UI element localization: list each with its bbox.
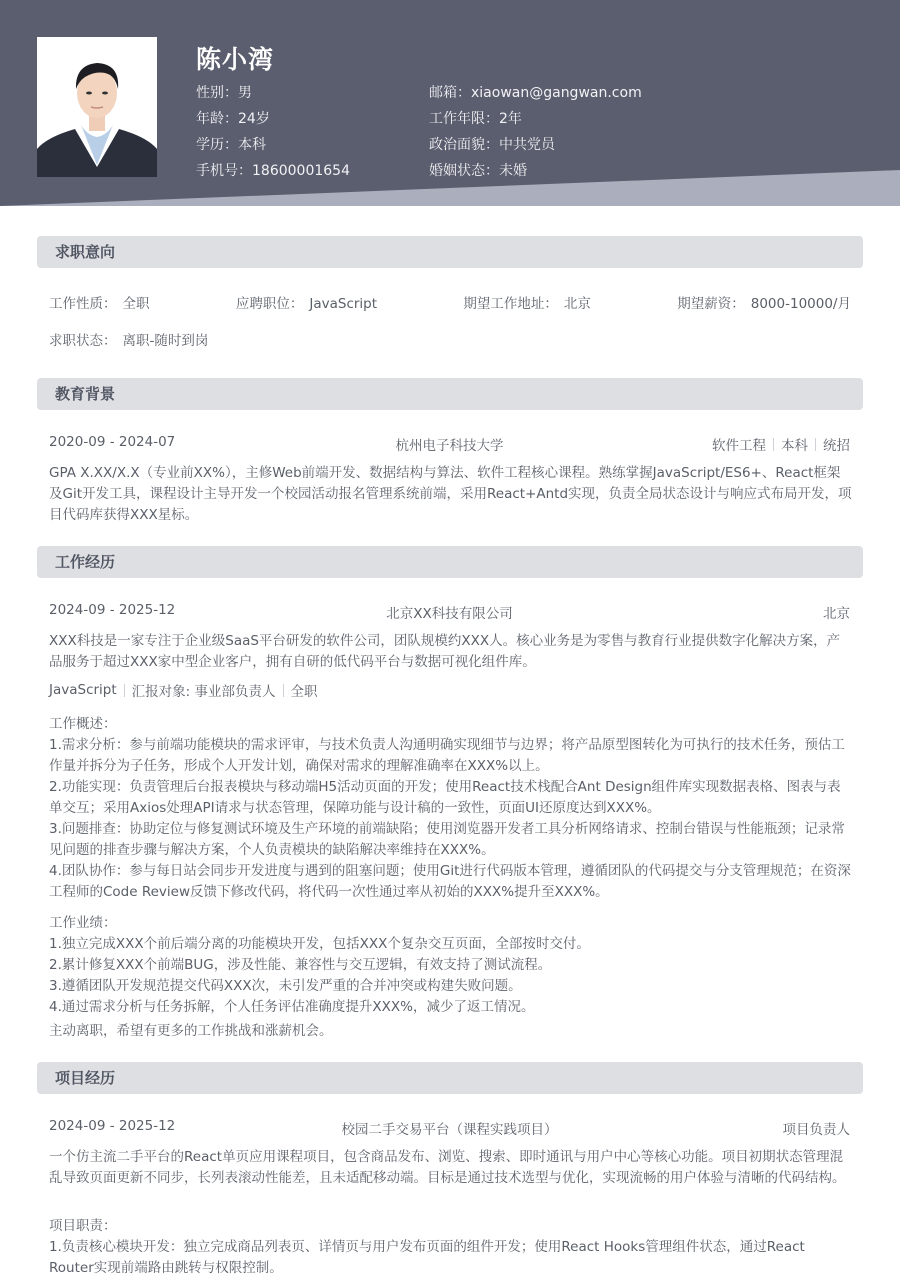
- section-title: 教育背景: [55, 378, 115, 410]
- section-projects: 项目经历: [37, 1062, 863, 1094]
- section-title: 求职意向: [55, 236, 115, 268]
- info-email: 邮箱：xiaowan@gangwan.com: [429, 82, 642, 108]
- overview-item: 1.需求分析：参与前端功能模块的需求评审，与技术负责人沟通明确实现细节与边界；将…: [49, 735, 852, 777]
- intent-location: 期望工作地址：北京: [463, 292, 591, 312]
- work-achievements: 工作业绩： 1.独立完成XXX个前后端分离的功能模块开发，包括XXX个复杂交互页…: [49, 913, 852, 1018]
- project-name: 校园二手交易平台（课程实践项目）: [49, 1118, 850, 1138]
- duty-item: 1.负责核心模块开发：独立完成商品列表页、详情页与用户发布页面的组件开发；使用R…: [49, 1237, 852, 1275]
- work-overview: 工作概述： 1.需求分析：参与前端功能模块的需求评审，与技术负责人沟通明确实现细…: [49, 714, 852, 903]
- section-work-experience: 工作经历: [37, 546, 863, 578]
- intent-status: 求职状态：离职-随时到岗: [49, 329, 850, 349]
- job-intent-row: 工作性质：全职 应聘职位：JavaScript 期望工作地址：北京 期望薪资：8…: [49, 292, 851, 312]
- intent-salary: 期望薪资：8000-10000/月: [677, 292, 851, 312]
- section-job-intent: 求职意向: [37, 236, 863, 268]
- info-work-years: 工作年限：2年: [429, 108, 642, 134]
- section-education: 教育背景: [37, 378, 863, 410]
- profile-photo: [37, 37, 157, 177]
- education-header-row: 2020-09 - 2024-07 杭州电子科技大学 软件工程 本科 统招: [49, 434, 850, 454]
- duties-title: 项目职责：: [49, 1216, 852, 1237]
- intent-work-type: 工作性质：全职: [49, 292, 150, 312]
- leave-reason: 主动离职，希望有更多的工作挑战和涨薪机会。: [49, 1021, 852, 1042]
- education-description: GPA X.XX/X.X（专业前XX%），主修Web前端开发、数据结构与算法、软…: [49, 463, 852, 526]
- section-title: 工作经历: [55, 546, 115, 578]
- overview-item: 3.问题排查：协助定位与修复测试环境及生产环境的前端缺陷；使用浏览器开发者工具分…: [49, 819, 852, 861]
- info-education: 学历：本科: [196, 134, 350, 160]
- candidate-name: 陈小湾: [196, 40, 274, 76]
- education-school: 杭州电子科技大学: [49, 434, 850, 454]
- project-header-row: 2024-09 - 2025-12 校园二手交易平台（课程实践项目） 项目负责人: [49, 1118, 850, 1138]
- info-gender: 性别：男: [196, 82, 350, 108]
- section-title: 项目经历: [55, 1062, 115, 1094]
- achievements-title: 工作业绩：: [49, 913, 852, 934]
- achievement-item: 1.独立完成XXX个前后端分离的功能模块开发，包括XXX个复杂交互页面，全部按时…: [49, 934, 852, 955]
- project-description: 一个仿主流二手平台的React单页应用课程项目，包含商品发布、浏览、搜索、即时通…: [49, 1147, 852, 1189]
- info-marital-status: 婚姻状态：未婚: [429, 160, 642, 186]
- info-phone: 手机号：18600001654: [196, 160, 350, 186]
- info-age: 年龄：24岁: [196, 108, 350, 134]
- overview-title: 工作概述：: [49, 714, 852, 735]
- company-intro: XXX科技是一家专注于企业级SaaS平台研发的软件公司，团队规模约XXX人。核心…: [49, 631, 852, 673]
- project-duties: 项目职责： 1.负责核心模块开发：独立完成商品列表页、详情页与用户发布页面的组件…: [49, 1216, 852, 1275]
- work-header-row: 2024-09 - 2025-12 北京XX科技有限公司 北京: [49, 602, 850, 622]
- overview-item: 4.团队协作：参与每日站会同步开发进度与遇到的阻塞问题；使用Git进行代码版本管…: [49, 861, 852, 903]
- work-tags: JavaScript 汇报对象: 事业部负责人 全职: [49, 680, 850, 700]
- basic-info-left: 性别：男 年龄：24岁 学历：本科 手机号：18600001654: [196, 82, 350, 186]
- overview-item: 2.功能实现：负责管理后台报表模块与移动端H5活动页面的开发；使用React技术…: [49, 777, 852, 819]
- resume-header: 陈小湾 性别：男 年龄：24岁 学历：本科 手机号：18600001654 邮箱…: [0, 0, 900, 206]
- info-political-status: 政治面貌：中共党员: [429, 134, 642, 160]
- intent-position: 应聘职位：JavaScript: [236, 292, 377, 312]
- achievement-item: 2.累计修复XXX个前端BUG，涉及性能、兼容性与交互逻辑，有效支持了测试流程。: [49, 955, 852, 976]
- achievement-item: 4.通过需求分析与任务拆解，个人任务评估准确度提升XXX%，减少了返工情况。: [49, 997, 852, 1018]
- basic-info-right: 邮箱：xiaowan@gangwan.com 工作年限：2年 政治面貌：中共党员…: [429, 82, 642, 186]
- work-company: 北京XX科技有限公司: [49, 602, 850, 622]
- achievement-item: 3.遵循团队开发规范提交代码XXX次，未引发严重的合并冲突或构建失败问题。: [49, 976, 852, 997]
